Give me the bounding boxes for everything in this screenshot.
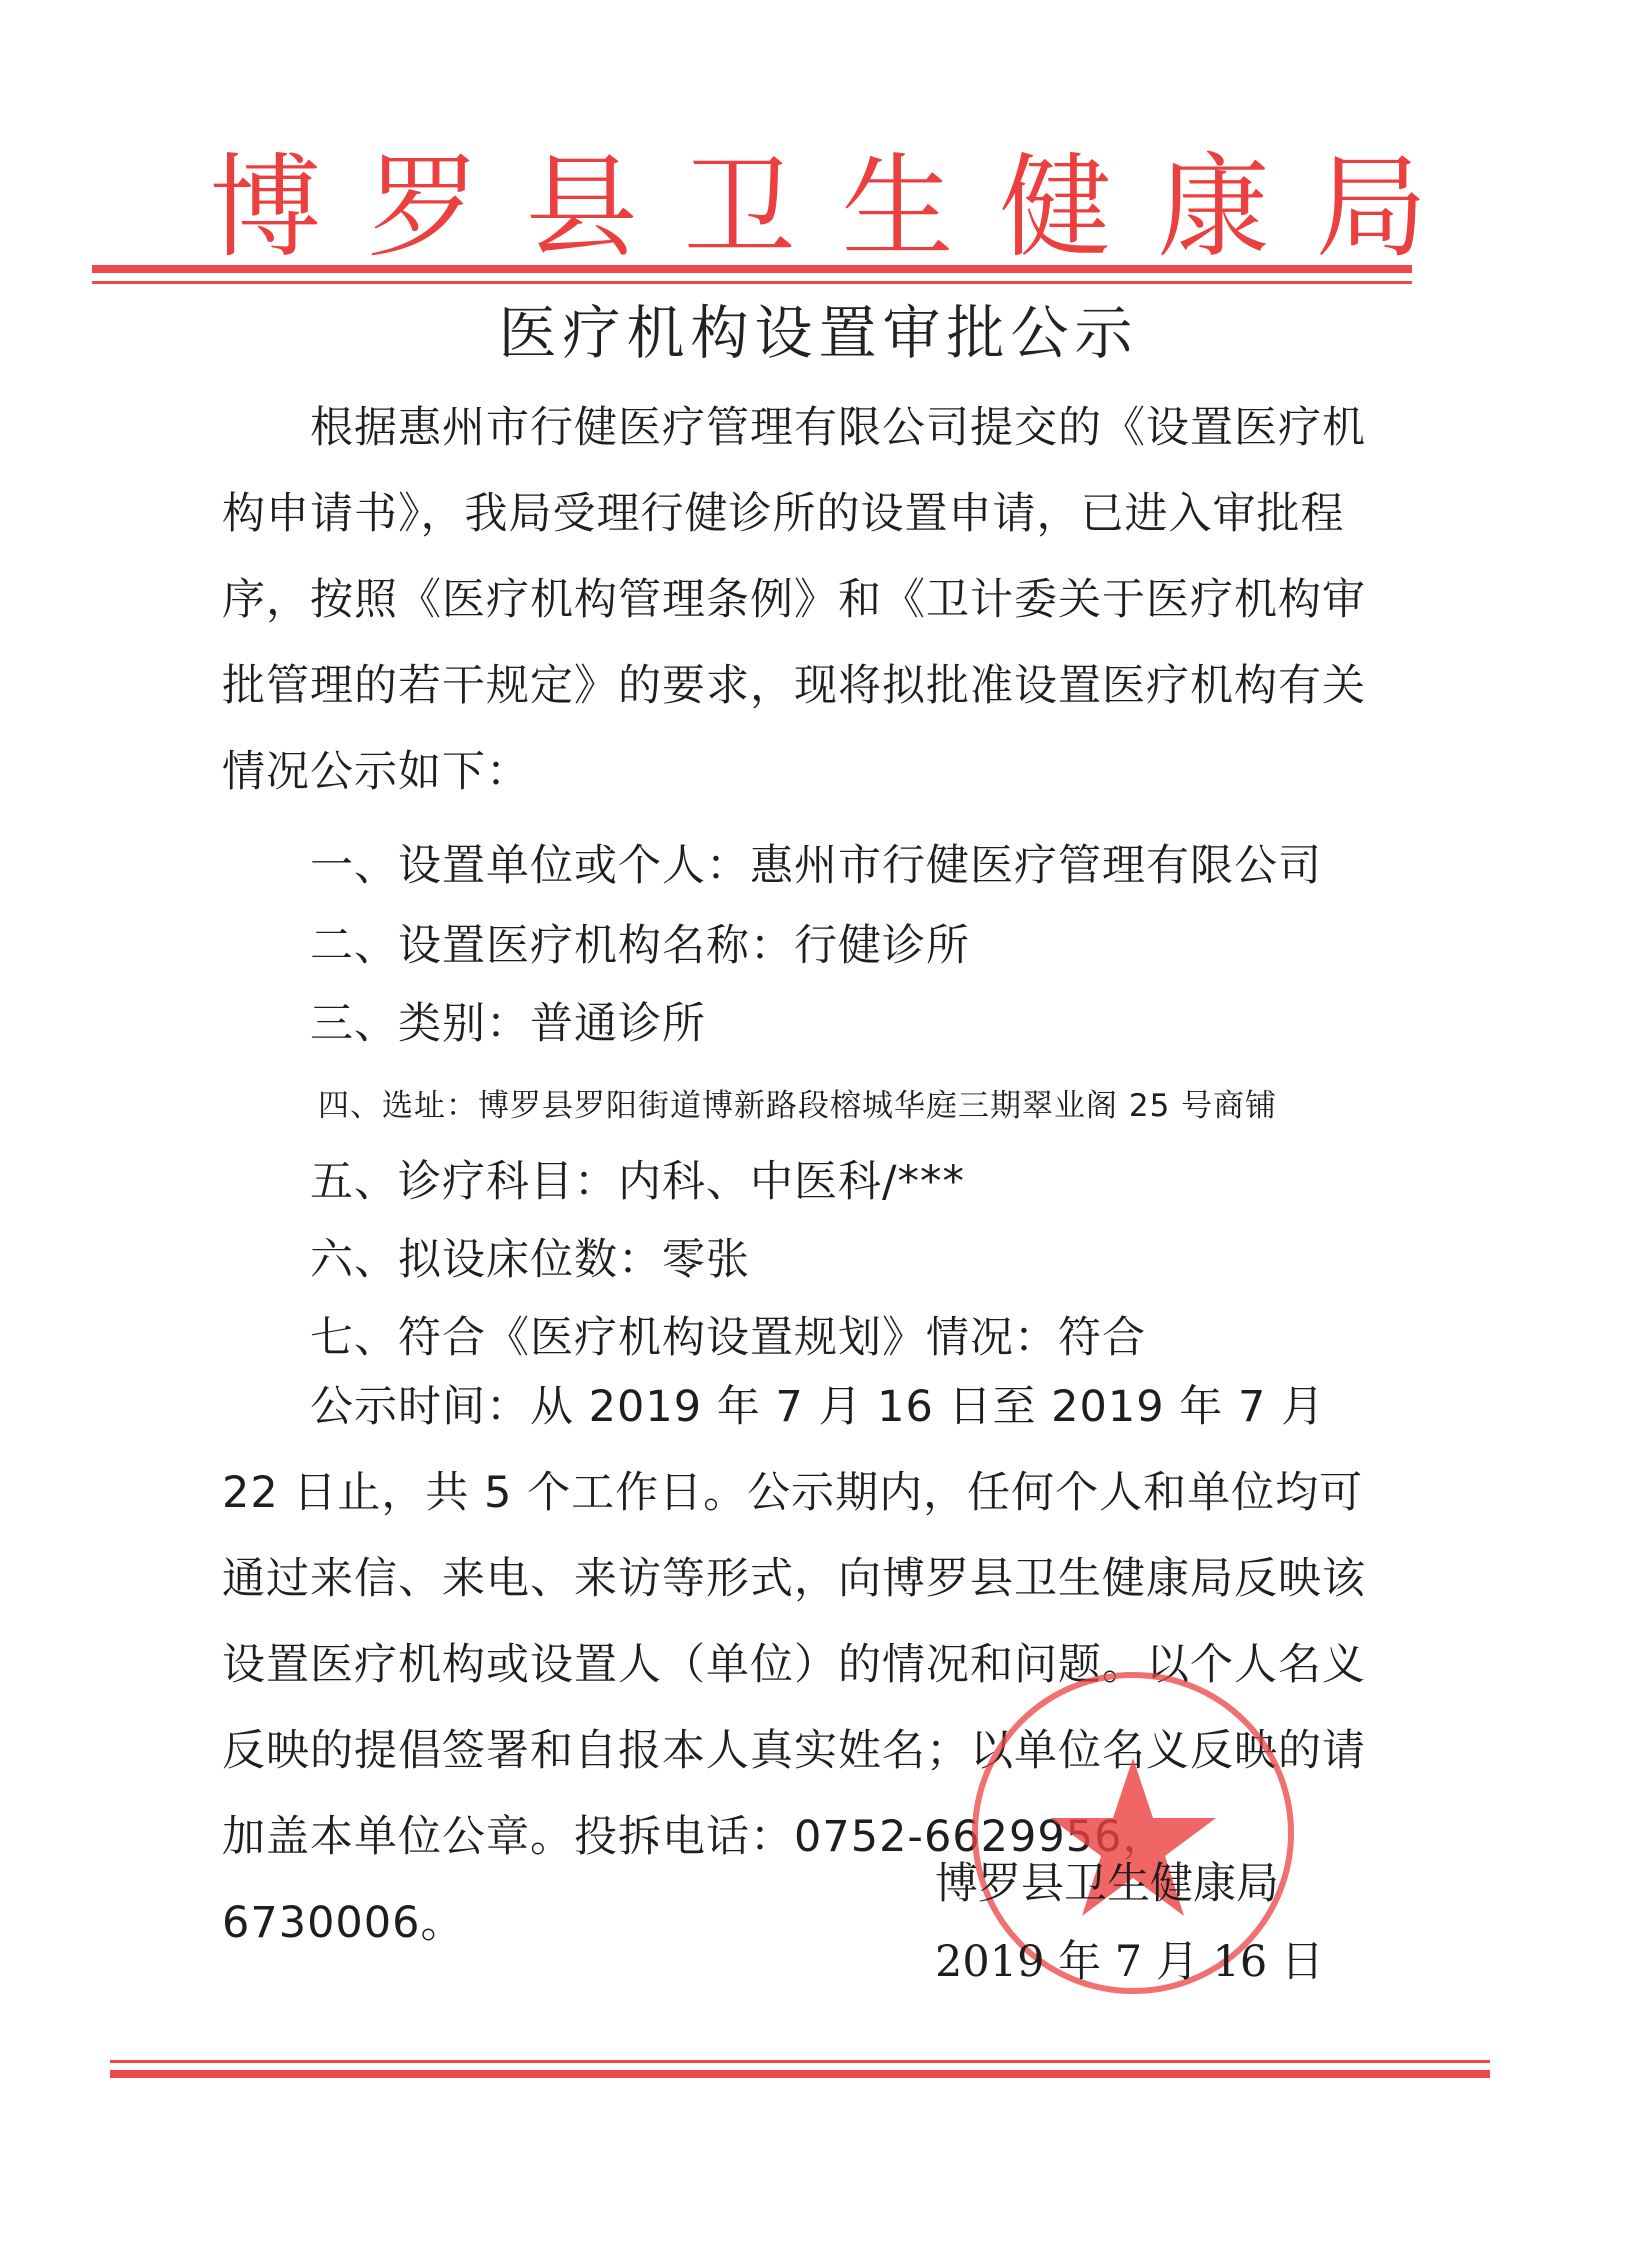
- item-7: 七、符合《医疗机构设置规划》情况：符合: [310, 1304, 1146, 1365]
- item-3: 三、类别：普通诊所: [310, 990, 706, 1051]
- letterhead-rule-thick: [92, 265, 1412, 273]
- item-1: 一、设置单位或个人：惠州市行健医疗管理有限公司: [310, 832, 1322, 893]
- letterhead-rule-thin: [92, 281, 1412, 284]
- footer-rule-thick: [110, 2070, 1490, 2078]
- item-2: 二、设置医疗机构名称：行健诊所: [310, 912, 970, 973]
- footer-rule-thin: [110, 2060, 1490, 2063]
- intro-paragraph: 根据惠州市行健医疗管理有限公司提交的《设置医疗机构申请书》，我局受理行健诊所的设…: [222, 385, 1372, 815]
- item-4: 四、选址：博罗县罗阳街道博新路段榕城华庭三期翠业阁 25 号商铺: [318, 1080, 1277, 1125]
- document-title: 医疗机构设置审批公示: [0, 286, 1637, 370]
- signature-organization: 博罗县卫生健康局: [935, 1850, 1279, 1911]
- letterhead-organization: 博罗县卫生健康局: [0, 118, 1637, 279]
- item-6: 六、拟设床位数：零张: [310, 1226, 750, 1287]
- item-5: 五、诊疗科目：内科、中医科/***: [310, 1148, 965, 1209]
- signature-date: 2019 年 7 月 16 日: [935, 1928, 1324, 1989]
